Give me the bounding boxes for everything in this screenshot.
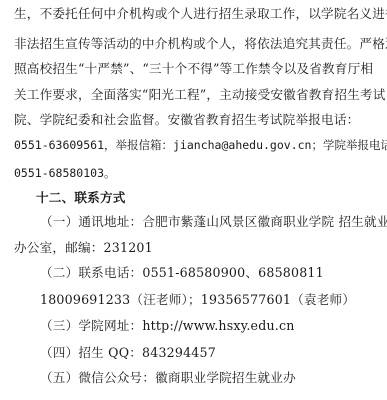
- document-page: 生，不委托任何中介机构或个人进行招生录取工作，以学院名义进行 非法招生宣传等活动…: [0, 0, 387, 400]
- paragraph-line-report-contacts: 0551-63609561，举报信箱：jiancha@ahedu.gov.cn；…: [14, 137, 387, 153]
- paragraph-line: 关工作要求，全面落实“阳光工程”，主动接受安徽省教育招生考试: [14, 87, 386, 103]
- paragraph-line: 照高校招生“十严禁”、“三十个不得”等工作禁令以及省教育厅相: [14, 61, 373, 77]
- contact-phone: （二）联系电话：0551-68580900、68580811: [40, 265, 324, 281]
- contact-qq: （四）招生 QQ：843294457: [40, 345, 216, 361]
- contact-address-cont: 办公室，邮编：231201: [14, 240, 153, 256]
- contact-address: （一）通讯地址：合肥市紫蓬山风景区徽商职业学院 招生就业: [40, 214, 387, 230]
- paragraph-line: 非法招生宣传等活动的中介机构或个人，将依法追究其责任。严格遵: [14, 36, 387, 52]
- paragraph-line: 生，不委托任何中介机构或个人进行招生录取工作，以学院名义进行: [14, 6, 387, 22]
- paragraph-line-report-phone: 0551-68580103。: [14, 165, 116, 181]
- contact-website: （三）学院网址：http://www.hsxy.edu.cn: [40, 318, 295, 334]
- section-heading-contact: 十二、联系方式: [36, 190, 126, 206]
- contact-wechat: （五）微信公众号：徽商职业学院招生就业办: [40, 370, 296, 386]
- contact-phone-cont: 18009691233（汪老师）；19356577601（袁老师）: [40, 292, 355, 308]
- paragraph-line: 院、学院纪委和社会监督。安徽省教育招生考试院举报电话：: [14, 112, 359, 128]
